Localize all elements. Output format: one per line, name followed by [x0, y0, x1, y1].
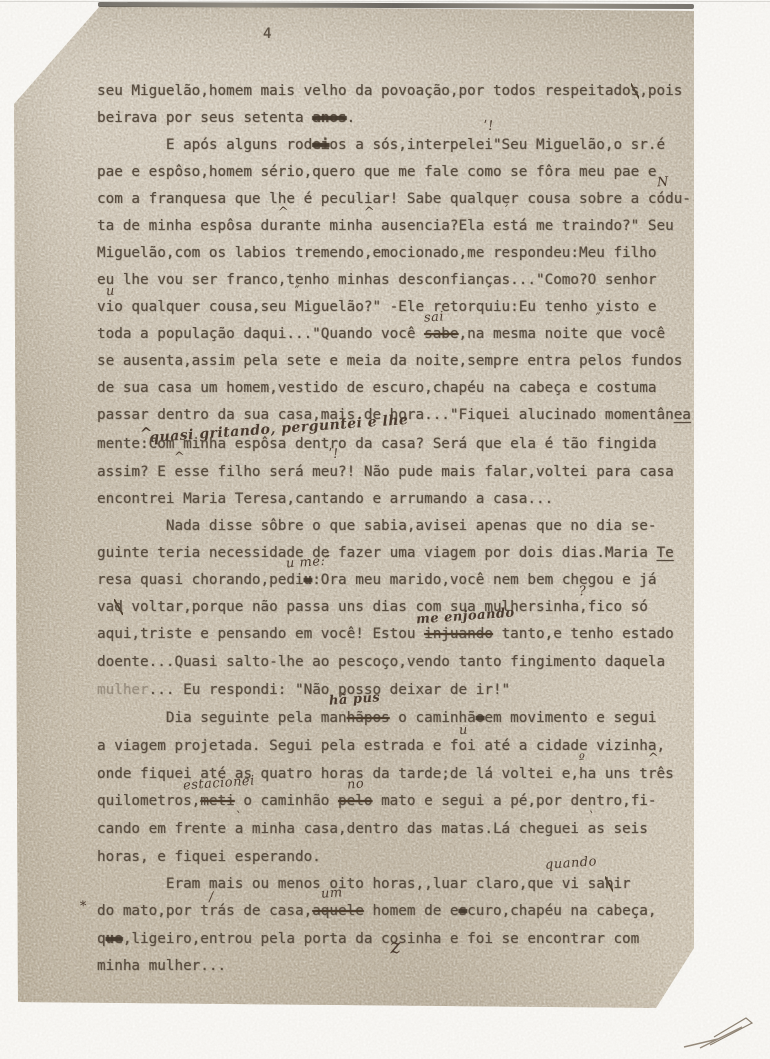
typed-line: ta de minha espôsa durante minha ausenci…: [97, 217, 674, 235]
handwritten-annotation: ʹ!: [484, 120, 495, 134]
typed-line: eu lhe vou ser franco,tenho minhas desco…: [97, 271, 656, 289]
typed-line: se ausenta,assim pela sete e meia da noi…: [97, 352, 682, 370]
typed-line: vad voltar,porque não passa uns dias com…: [97, 598, 648, 616]
handwritten-annotation: sai: [424, 310, 445, 324]
typed-text: ,pois: [639, 83, 682, 99]
typed-text: de sua casa um homem,vestido de escuro,c…: [97, 380, 656, 396]
typed-line: minha mulher...: [97, 957, 226, 975]
typed-text-ul: Te: [656, 545, 673, 561]
handwritten-annotation: /: [208, 891, 214, 904]
typed-text-ov: u: [304, 572, 313, 588]
typed-line: Miguelão,com os labios tremendo,emociona…: [97, 244, 656, 262]
handwritten-annotation: hã pus: [329, 691, 381, 708]
typed-text-st: sabe: [424, 326, 458, 342]
handwritten-annotation: ^: [174, 451, 186, 465]
typed-text: horas, e fiquei esperando.: [97, 849, 321, 865]
typed-line: cando em frente a minha casa,dentro das …: [97, 820, 648, 838]
typed-text: ta de minha espôsa durante minha ausenci…: [97, 218, 674, 234]
handwritten-margin-mark: *: [80, 900, 88, 913]
handwritten-annotation: quando: [544, 855, 597, 872]
typed-line: toda a população daqui..."Quando você sa…: [97, 325, 665, 343]
typed-text-sl: d: [114, 599, 123, 615]
typed-text: minha mulher...: [97, 958, 226, 974]
handwritten-annotation: no: [346, 777, 364, 791]
handwritten-annotation: ^: [363, 206, 375, 220]
typed-text-sl: s: [631, 83, 640, 99]
typed-text: do mato,por trás de casa,: [97, 903, 312, 919]
handwritten-annotation: `: [234, 811, 242, 824]
typed-text: quilometros,: [97, 793, 200, 809]
typed-text: pae e espôso,homem sério,quero que me fa…: [97, 164, 656, 180]
typed-text-layer: 4 seu Miguelão,homem mais velho da povoa…: [0, 0, 770, 1059]
scan-canvas: 4 seu Miguelão,homem mais velho da povoa…: [0, 0, 770, 1059]
typed-text-ov: ue: [106, 931, 123, 947]
typed-line: E após alguns rodeios a sós,interpelei"S…: [97, 136, 665, 154]
typed-text: ,na mesma noite que você: [459, 326, 666, 342]
typed-text-ov: s: [459, 903, 468, 919]
typed-text-ov: anos: [312, 110, 346, 126]
pencil-scribble: [678, 1003, 768, 1055]
typed-text: E após alguns rod: [97, 137, 312, 153]
typed-line: beirava por seus setenta anos.: [97, 109, 355, 127]
typed-line: quilometros,meti o caminhão pelo mato e …: [97, 792, 657, 810]
handwritten-annotation: º: [579, 753, 587, 766]
typed-text: va: [97, 599, 114, 615]
typed-line: guinte teria necessidade de fazer uma vi…: [97, 544, 674, 562]
handwritten-annotation: `: [587, 811, 595, 824]
typed-text: mato e segui a pé,por dentro,fi-: [372, 793, 656, 809]
typed-text: curo,chapéu na cabeça,: [467, 903, 656, 919]
typed-text-ft: mulher: [97, 682, 149, 698]
typed-text-st: hãpos: [347, 710, 390, 726]
typed-line: Dia seguinte pela manhãpos o caminhãoem …: [97, 709, 657, 727]
typed-line: passar dentro da sua casa,mais de hora..…: [97, 406, 691, 424]
typed-text: eu lhe vou ser franco,tenho minhas desco…: [97, 272, 656, 288]
handwritten-annotation: ^: [140, 426, 154, 442]
typed-line: Eram mais ou menos oito horas,,luar clar…: [97, 875, 631, 893]
typed-text-ul: ea: [674, 407, 691, 423]
typed-text: resa quasi chorando,pedi: [97, 572, 304, 588]
typed-line: que,ligeiro,entrou pela porta da cosinha…: [97, 930, 639, 948]
handwritten-annotation: ^: [277, 206, 289, 220]
typed-line: encontrei Maria Teresa,cantando e arruma…: [97, 490, 553, 508]
typed-text: q: [97, 931, 106, 947]
typed-text: Miguelão,com os labios tremendo,emociona…: [97, 245, 656, 261]
handwritten-annotation: u me:″: [286, 554, 332, 570]
typed-line: vio qualquer cousa,seu Miguelão?" -Ele r…: [97, 298, 656, 316]
handwritten-annotation: ^: [648, 752, 660, 766]
typed-line: doente...Quasi salto-lhe ao pescoço,vend…: [97, 653, 665, 671]
typed-line: Nada disse sôbre o que sabia,avisei apen…: [97, 517, 656, 535]
typed-text: cando em frente a minha casa,dentro das …: [97, 821, 648, 837]
typed-text: toda a população daqui..."Quando você: [97, 326, 424, 342]
handwritten-annotation: u: [105, 285, 115, 299]
typed-text: seu Miguelão,homem mais velho da povoaçã…: [97, 83, 631, 99]
typed-text: ir: [613, 876, 630, 892]
typed-text: Nada disse sôbre o que sabia,avisei apen…: [97, 518, 656, 534]
handwritten-annotation: um: [320, 886, 343, 900]
typed-text: beirava por seus setenta: [97, 110, 312, 126]
typed-line: resa quasi chorando,pediu:Ora meu marido…: [97, 571, 657, 589]
typed-text-st: injuando: [424, 626, 493, 642]
typed-text: vio qualquer cousa,seu Miguelão?" -Ele r…: [97, 299, 656, 315]
typed-line: do mato,por trás de casa,aquele homem de…: [97, 902, 657, 920]
typed-text-st: meti: [200, 793, 234, 809]
typed-text: com a franquesa que lhe é peculiar! Sabe…: [97, 191, 691, 207]
typed-text: Eram mais ou menos oito horas,,luar clar…: [97, 876, 605, 892]
typed-line: seu Miguelão,homem mais velho da povoaçã…: [97, 82, 682, 100]
typed-line: com a franquesa que lhe é peculiar! Sabe…: [97, 190, 691, 208]
handwritten-annotation: estacionei: [183, 775, 256, 793]
typed-text: encontrei Maria Teresa,cantando e arruma…: [97, 491, 553, 507]
typed-text: tanto,e tenho estado: [493, 626, 674, 642]
handwritten-annotation: ″: [295, 285, 301, 298]
typed-text: guinte teria necessidade de fazer uma vi…: [97, 545, 656, 561]
typed-text: Dia seguinte pela man: [97, 710, 347, 726]
typed-line: assim? E esse filho será meu?! Não pude …: [97, 463, 674, 481]
page-number: 4: [263, 26, 272, 42]
typed-text: .: [347, 110, 356, 126]
typed-text: ,ligeiro,entrou pela porta da cosinha e …: [123, 931, 639, 947]
typed-text: aqui,triste e pensando em você! Estou: [97, 626, 424, 642]
handwritten-annotation: u: [458, 724, 468, 738]
handwritten-annotation: ʹ!: [329, 448, 340, 462]
typed-text: se ausenta,assim pela sete e meia da noi…: [97, 353, 682, 369]
handwritten-annotation: ?: [579, 585, 587, 598]
typed-text-st: aquele: [312, 903, 364, 919]
typed-text: voltar,porque não passa uns dias com sua…: [123, 599, 648, 615]
handwritten-annotation: ´: [501, 205, 509, 218]
typed-text: :Ora meu marido,você nem bem chegou e já: [312, 572, 656, 588]
typed-line: horas, e fiquei esperando.: [97, 848, 321, 866]
handwritten-annotation: N: [656, 176, 669, 190]
typed-text: doente...Quasi salto-lhe ao pescoço,vend…: [97, 654, 665, 670]
typed-text: em movimento e segui: [484, 710, 656, 726]
typed-line: de sua casa um homem,vestido de escuro,c…: [97, 379, 656, 397]
typed-line: aqui,triste e pensando em você! Estou in…: [97, 625, 674, 643]
handwritten-annotation: z: [389, 936, 401, 957]
typed-text: o caminhão: [235, 793, 338, 809]
typed-text: homem de e: [364, 903, 459, 919]
typed-line: pae e espôso,homem sério,quero que me fa…: [97, 163, 656, 181]
typed-text: os a sós,interpelei"Seu Miguelão,o sr.é: [329, 137, 665, 153]
typed-text-st: pelo: [338, 793, 372, 809]
typed-text-ov: ei: [312, 137, 329, 153]
typed-text: assim? E esse filho será meu?! Não pude …: [97, 464, 674, 480]
typed-line: mulher... Eu respondi: "Não posso deixar…: [97, 681, 510, 699]
